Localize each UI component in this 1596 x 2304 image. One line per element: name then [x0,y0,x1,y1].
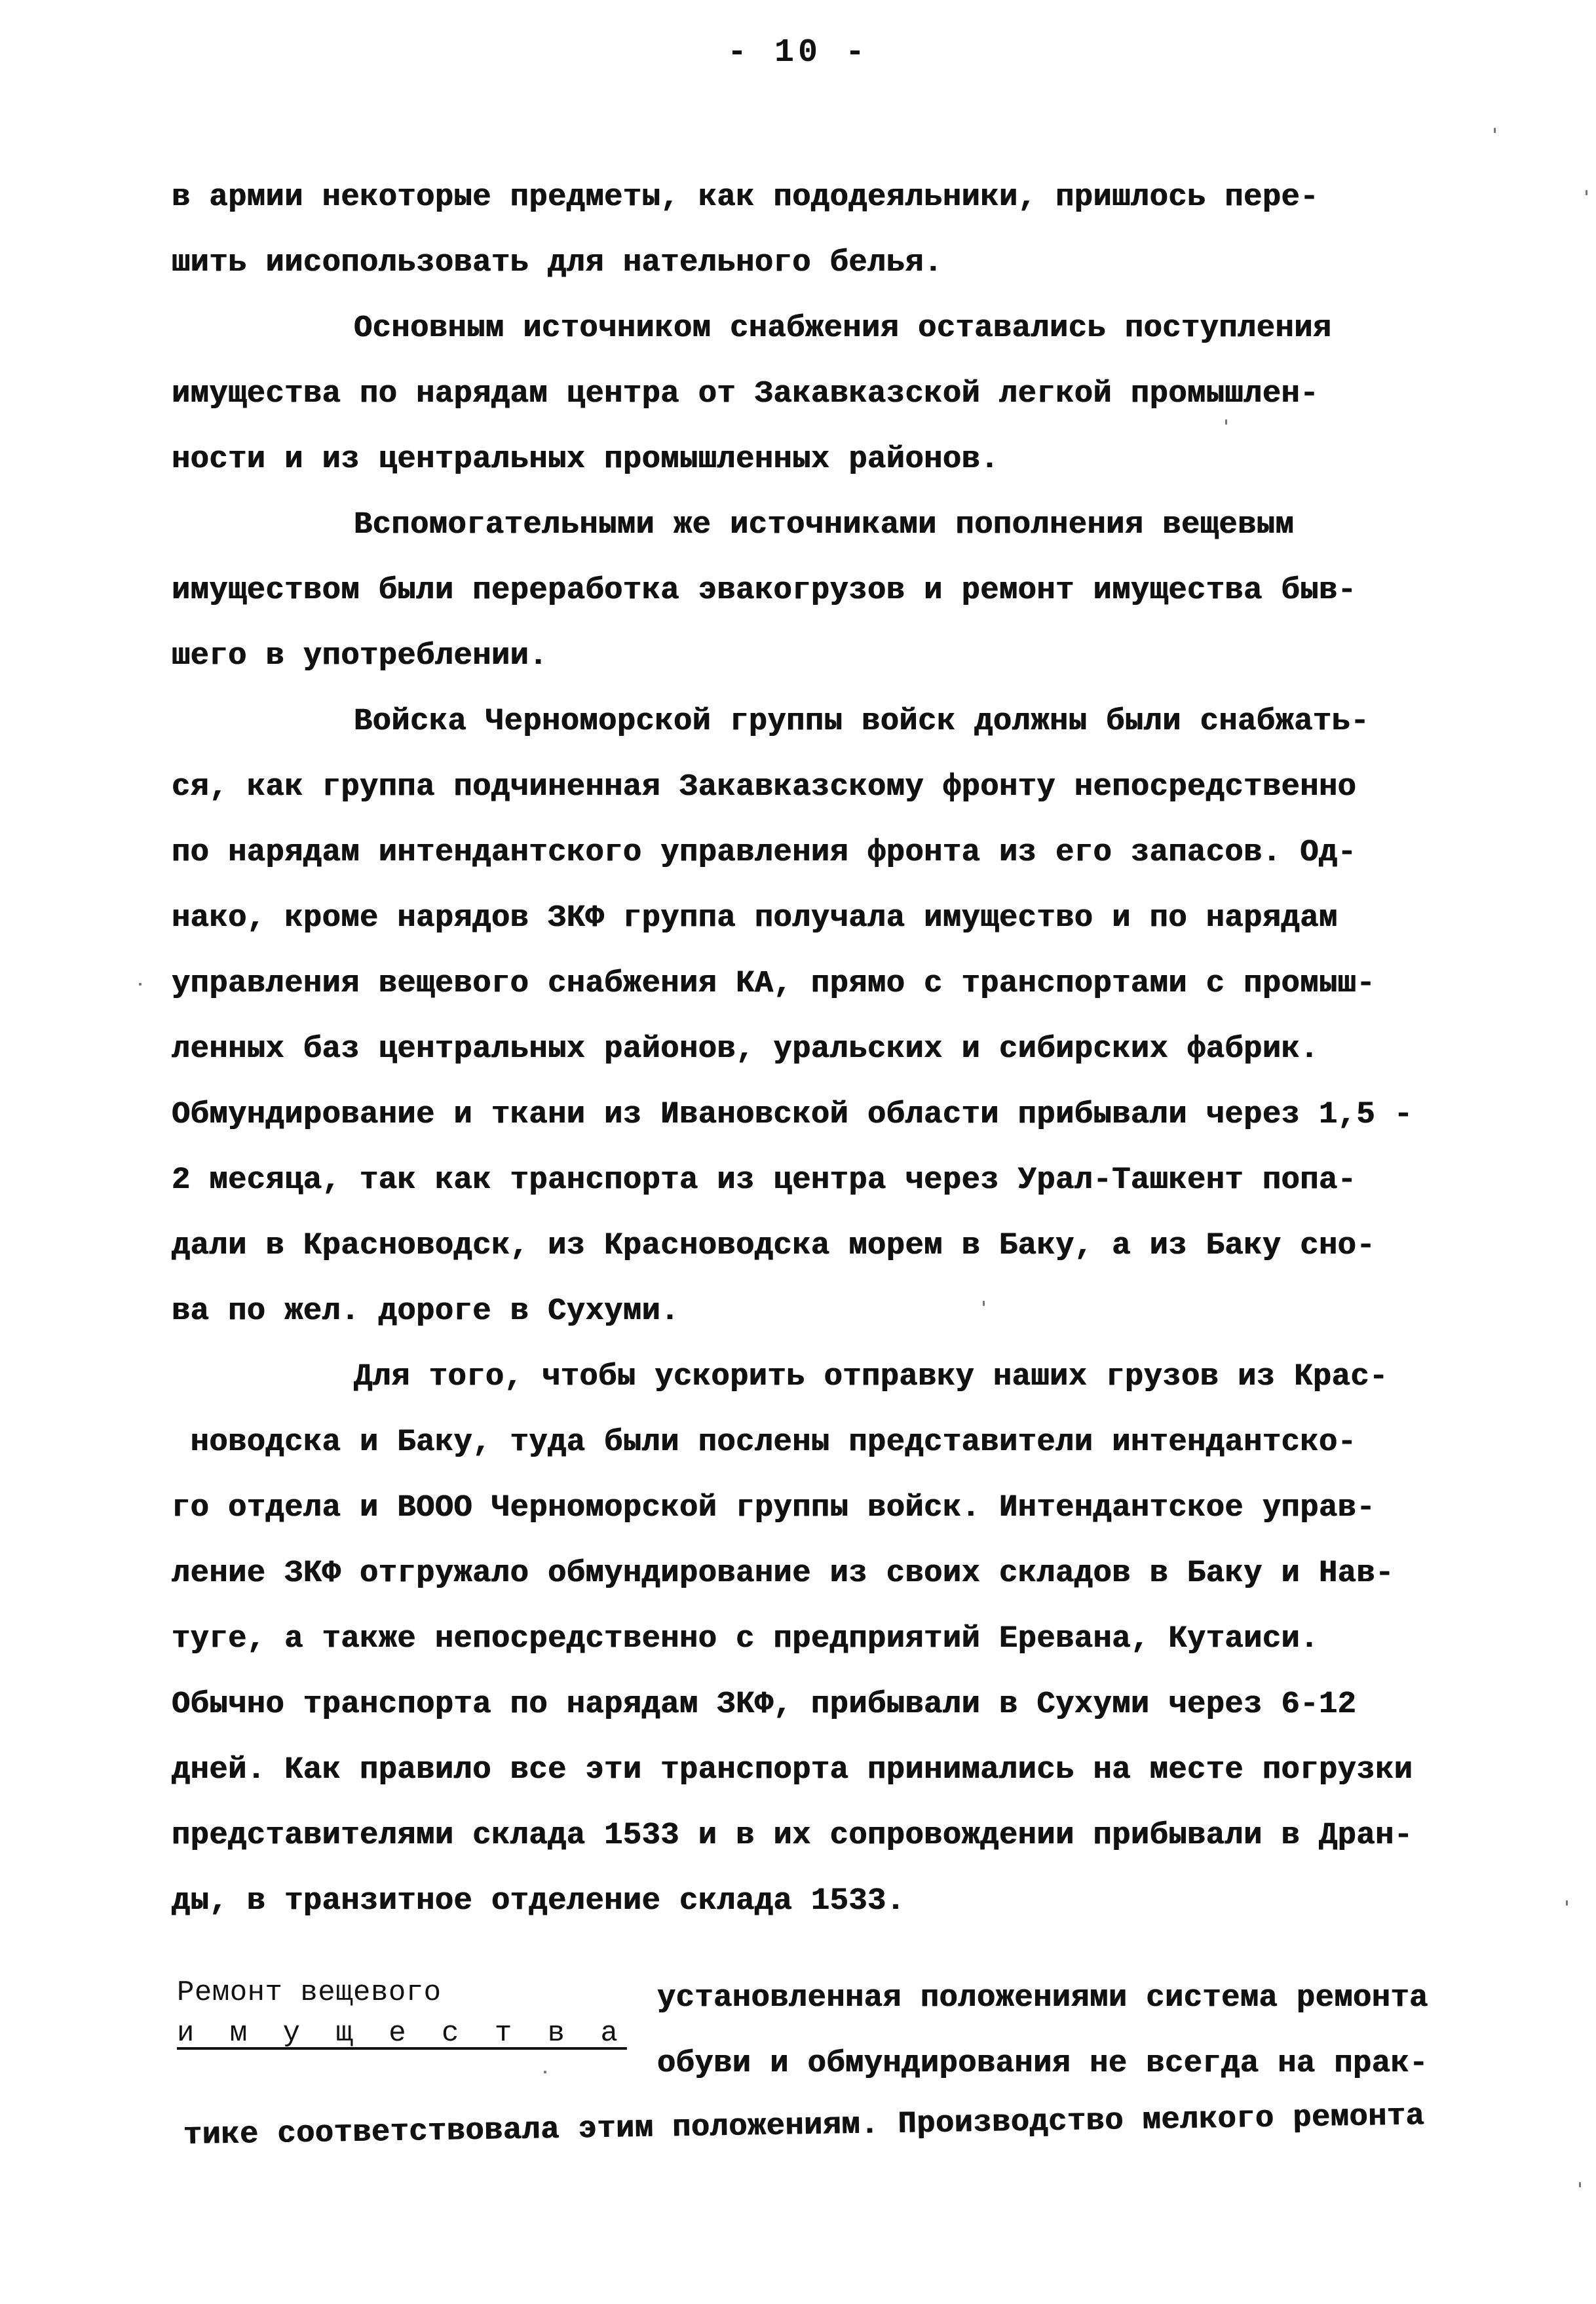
text-line: ление ЗКФ отгружало обмундирование из св… [172,1541,1521,1607]
text-line: управления вещевого снабжения КА, прямо … [172,951,1521,1017]
scan-speck [1579,2182,1581,2187]
text-line: нако, кроме нарядов ЗКФ группа получала … [172,886,1521,951]
body-text: в армии некоторые предметы, как пододеял… [172,165,1521,1934]
final-text: тике соответствовала этим положениям. Пр… [183,2103,1533,2169]
text-line: 2 месяца, так как транспорта из центра ч… [172,1148,1521,1214]
scan-speck [1494,128,1496,133]
section-text: установленная положениями система ремонт… [657,1966,1509,2097]
text-line: в армии некоторые предметы, как пододеял… [172,165,1521,231]
scan-speck [1586,190,1587,195]
text-line: шить иисопользовать для нательного белья… [172,231,1521,296]
text-line: ва по жел. дороге в Сухуми. [172,1279,1521,1345]
paragraph-first-line: Основным источником снабжения оставались… [172,296,1521,362]
text-line: ды, в транзитное отделение склада 1533. [172,1869,1521,1934]
margin-heading-underlined: и м у щ е с т в а [177,2013,518,2054]
text-line: Обмундирование и ткани из Ивановской обл… [172,1083,1521,1148]
text-line: Обычно транспорта по нарядам ЗКФ, прибыв… [172,1672,1521,1738]
text-line: дней. Как правило все эти транспорта при… [172,1738,1521,1803]
margin-section-heading: Ремонт вещевого и м у щ е с т в а [177,1972,518,2054]
scan-speck [983,1301,985,1306]
paragraph-first-line: Для того, чтобы ускорить отправку наших … [172,1345,1521,1410]
text-line: имуществом были переработка эвакогрузов … [172,558,1521,624]
text-line: ленных баз центральных районов, уральски… [172,1017,1521,1083]
text-line: по нарядам интендантского управления фро… [172,820,1521,886]
text-line: новодска и Баку, туда были послены предс… [172,1410,1521,1476]
text-line: установленная положениями система ремонт… [657,1966,1509,2031]
paragraph-first-line: Вспомогательными же источниками пополнен… [172,493,1521,558]
scan-speck [139,983,142,986]
scan-speck [544,2071,546,2073]
text-line: го отдела и ВООО Черноморской группы вой… [172,1476,1521,1541]
text-line: дали в Красноводск, из Красноводска море… [172,1214,1521,1279]
text-line: ся, как группа подчиненная Закавказскому… [172,755,1521,820]
text-line: шего в употреблении. [172,624,1521,689]
text-line: ности и из центральных промышленных райо… [172,427,1521,493]
text-line: туге, а также непосредственно с предприя… [172,1607,1521,1672]
margin-heading-line: Ремонт вещевого [177,1972,518,2013]
text-line: тике соответствовала этим положениям. Пр… [183,2083,1533,2169]
page-number: - 10 - [0,34,1596,71]
document-page: - 10 - в армии некоторые предметы, как п… [0,0,1596,2304]
text-line: имущества по нарядам центра от Закавказс… [172,362,1521,427]
scan-speck [1225,419,1227,425]
text-line: представителями склада 1533 и в их сопро… [172,1803,1521,1869]
paragraph-first-line: Войска Черноморской группы войск должны … [172,689,1521,755]
scan-speck [1566,1900,1568,1906]
